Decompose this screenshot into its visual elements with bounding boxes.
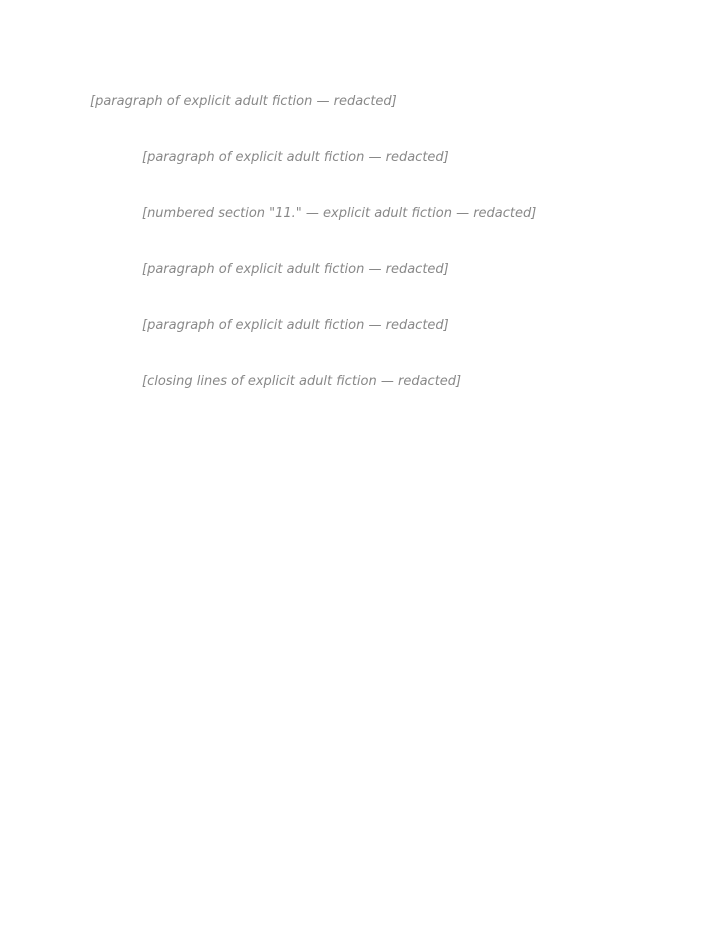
paragraph: [paragraph of explicit adult fiction — r… xyxy=(90,256,640,284)
paragraph: [numbered section "11." — explicit adult… xyxy=(90,200,640,228)
paragraph: [paragraph of explicit adult fiction — r… xyxy=(90,88,640,116)
document-page: [paragraph of explicit adult fiction — r… xyxy=(0,0,728,943)
paragraph: [paragraph of explicit adult fiction — r… xyxy=(90,312,640,340)
paragraph: [paragraph of explicit adult fiction — r… xyxy=(90,144,640,172)
paragraph: [closing lines of explicit adult fiction… xyxy=(90,368,640,396)
